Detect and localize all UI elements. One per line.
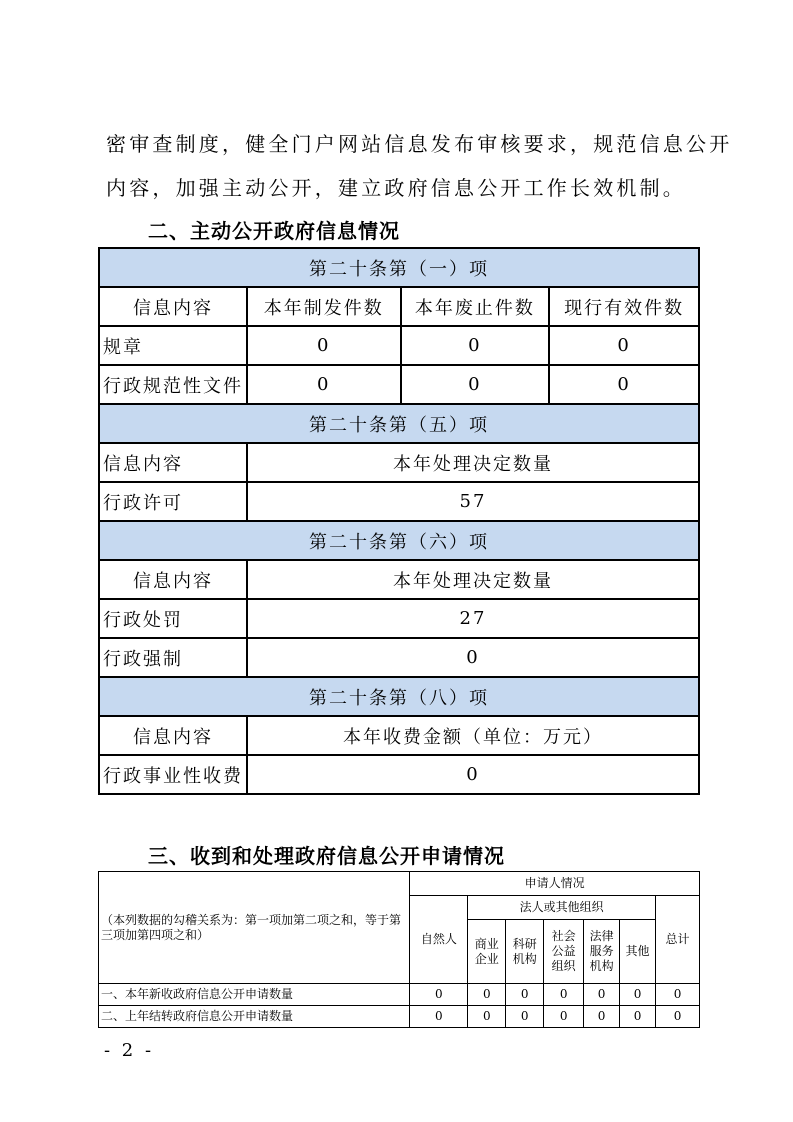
header-cell: 本年制发件数 xyxy=(247,287,401,326)
legal-col-header: 科研机构 xyxy=(506,920,544,984)
cell-value: 0 xyxy=(247,326,401,365)
section-2-heading: 二、主动公开政府信息情况 xyxy=(148,215,400,244)
table-header-row: 信息内容 本年处理决定数量 xyxy=(99,443,699,482)
cell-value: 27 xyxy=(247,599,699,638)
header-cell: 信息内容 xyxy=(99,287,247,326)
header-cell: 本年收费金额（单位：万元） xyxy=(247,716,699,755)
header-cell: 现行有效件数 xyxy=(549,287,699,326)
cell-value: 0 xyxy=(549,365,699,404)
cell-value: 0 xyxy=(247,755,699,794)
article-1-title: 第二十条第（一）项 xyxy=(99,248,699,287)
body-paragraph-line-2: 内容，加强主动公开，建立政府信息公开工作长效机制。 xyxy=(106,172,686,201)
body-paragraph-line-1: 密审查制度，健全门户网站信息发布审核要求，规范信息公开 xyxy=(106,128,732,157)
cell-value: 0 xyxy=(544,1006,584,1028)
header-cell: 本年处理决定数量 xyxy=(247,443,699,482)
header-cell: 信息内容 xyxy=(99,443,247,482)
legal-col-header: 其他 xyxy=(620,920,656,984)
row-label: 一、本年新收政府信息公开申请数量 xyxy=(99,984,410,1006)
table-header-row: 信息内容 本年处理决定数量 xyxy=(99,560,699,599)
cell-value: 0 xyxy=(656,984,700,1006)
row-label: 行政事业性收费 xyxy=(99,755,247,794)
table-row: 行政许可 57 xyxy=(99,482,699,521)
table-row: 规章 0 0 0 xyxy=(99,326,699,365)
row-label: 行政规范性文件 xyxy=(99,365,247,404)
article-6-title: 第二十条第（六）项 xyxy=(99,521,699,560)
table-row: 一、本年新收政府信息公开申请数量 0 0 0 0 0 0 0 xyxy=(99,984,700,1006)
table-row: 行政规范性文件 0 0 0 xyxy=(99,365,699,404)
header-cell: 本年处理决定数量 xyxy=(247,560,699,599)
cell-value: 0 xyxy=(410,984,468,1006)
header-cell: 信息内容 xyxy=(99,716,247,755)
cell-value: 0 xyxy=(401,326,550,365)
row-label: 行政许可 xyxy=(99,482,247,521)
legal-col-header: 商业企业 xyxy=(468,920,506,984)
cell-value: 0 xyxy=(620,1006,656,1028)
cell-value: 0 xyxy=(468,1006,506,1028)
cell-value: 0 xyxy=(401,365,550,404)
application-stats-table: （本列数据的勾稽关系为：第一项加第二项之和，等于第三项加第四项之和） 申请人情况… xyxy=(98,871,700,1028)
cell-value: 0 xyxy=(584,1006,620,1028)
proactive-disclosure-table: 第二十条第（一）项 信息内容 本年制发件数 本年废止件数 现行有效件数 规章 0… xyxy=(98,247,700,795)
cell-value: 0 xyxy=(247,638,699,677)
row-label: 二、上年结转政府信息公开申请数量 xyxy=(99,1006,410,1028)
header-cell: 信息内容 xyxy=(99,560,247,599)
table-header-row: 信息内容 本年制发件数 本年废止件数 现行有效件数 xyxy=(99,287,699,326)
page-number: - 2 - xyxy=(104,1040,154,1061)
article-5-title: 第二十条第（五）项 xyxy=(99,404,699,443)
legal-col-header: 法律服务机构 xyxy=(584,920,620,984)
table-row: 行政事业性收费 0 xyxy=(99,755,699,794)
relationship-note: （本列数据的勾稽关系为：第一项加第二项之和，等于第三项加第四项之和） xyxy=(99,872,410,984)
cell-value: 0 xyxy=(468,984,506,1006)
table-header-row: 信息内容 本年收费金额（单位：万元） xyxy=(99,716,699,755)
cell-value: 0 xyxy=(544,984,584,1006)
cell-value: 57 xyxy=(247,482,699,521)
cell-value: 0 xyxy=(656,1006,700,1028)
cell-value: 0 xyxy=(410,1006,468,1028)
section-3-heading: 三、收到和处理政府信息公开申请情况 xyxy=(148,840,505,869)
cell-value: 0 xyxy=(549,326,699,365)
legal-col-header: 社会公益组织 xyxy=(544,920,584,984)
table-row: 行政处罚 27 xyxy=(99,599,699,638)
total-header: 总计 xyxy=(656,896,700,984)
natural-person-header: 自然人 xyxy=(410,896,468,984)
row-label: 行政强制 xyxy=(99,638,247,677)
header-cell: 本年废止件数 xyxy=(401,287,550,326)
table-row: 行政强制 0 xyxy=(99,638,699,677)
cell-value: 0 xyxy=(620,984,656,1006)
legal-entity-header: 法人或其他组织 xyxy=(468,896,656,920)
row-label: 规章 xyxy=(99,326,247,365)
cell-value: 0 xyxy=(584,984,620,1006)
article-8-title: 第二十条第（八）项 xyxy=(99,677,699,716)
cell-value: 0 xyxy=(506,1006,544,1028)
cell-value: 0 xyxy=(506,984,544,1006)
cell-value: 0 xyxy=(247,365,401,404)
row-label: 行政处罚 xyxy=(99,599,247,638)
table-row: 二、上年结转政府信息公开申请数量 0 0 0 0 0 0 0 xyxy=(99,1006,700,1028)
applicant-header: 申请人情况 xyxy=(410,872,700,896)
